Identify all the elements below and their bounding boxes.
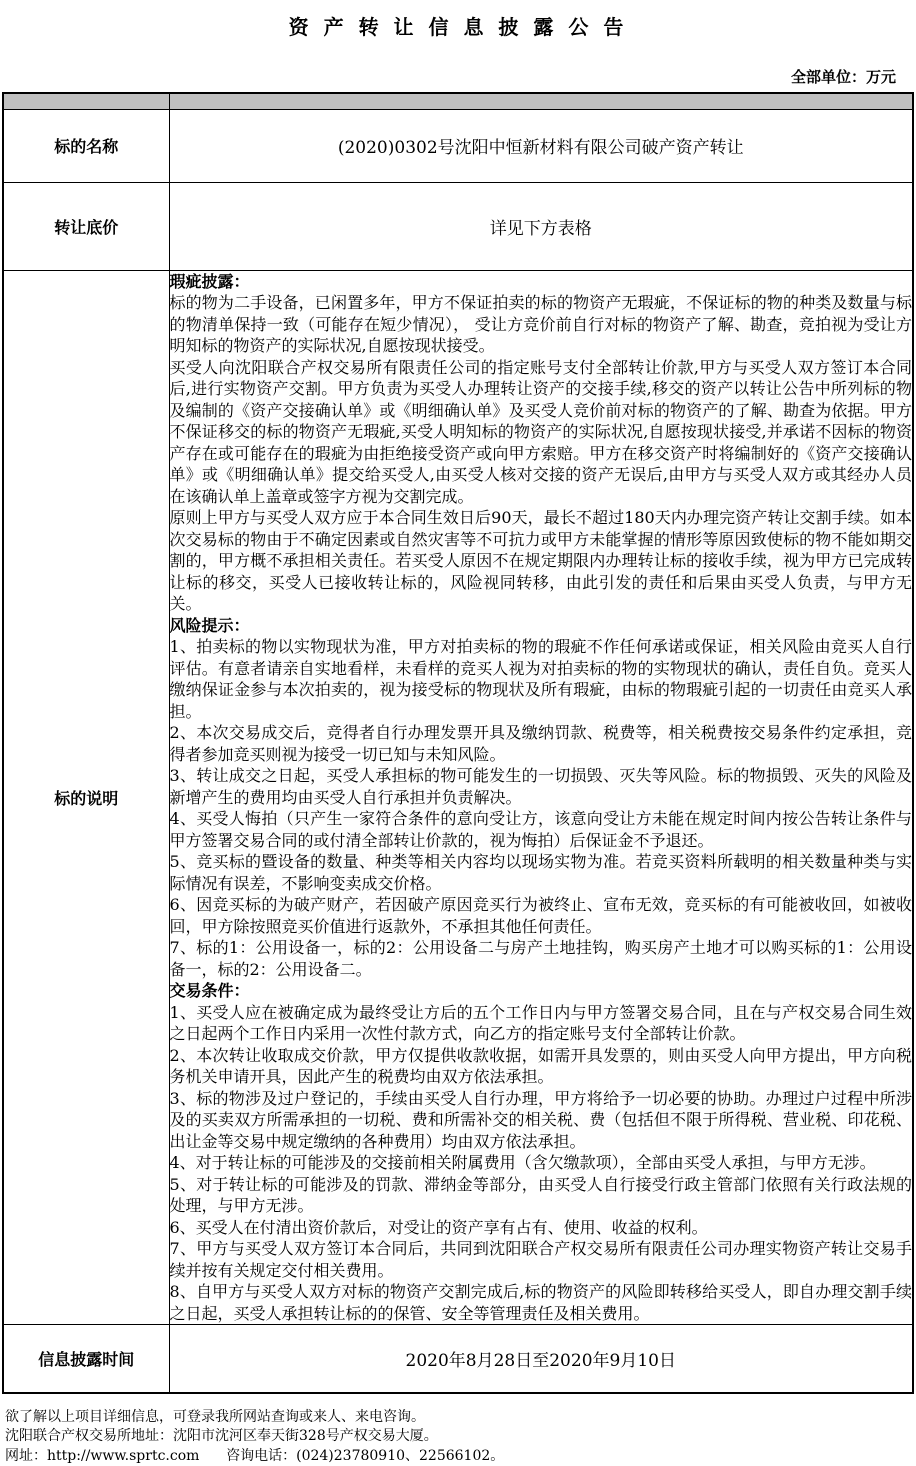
- description-section-heading: 风险提示：: [170, 615, 913, 637]
- description-paragraph: 原则上甲方与买受人双方应于本合同生效日后90天，最长不超过180天内办理完资产转…: [170, 507, 913, 615]
- description-section-heading: 交易条件：: [170, 980, 913, 1002]
- description-paragraph: 2、本次转让收取成交价款，甲方仅提供收款收据，如需开具发票的，则由买受人向甲方提…: [170, 1045, 913, 1088]
- description-section-heading: 瑕疵披露：: [170, 271, 913, 293]
- footer-line: 网址：http://www.sprtc.com 咨询电话：(024)237809…: [5, 1447, 916, 1466]
- table-header-row: [3, 93, 913, 109]
- value-transfer-base-price: 详见下方表格: [169, 182, 913, 270]
- description-blocks: 瑕疵披露：标的物为二手设备，已闲置多年，甲方不保证拍卖的标的物资产无瑕疵，不保证…: [170, 271, 913, 1325]
- description-paragraph: 2、本次交易成交后，竞得者自行办理发票开具及缴纳罚款、税费等，相关税费按交易条件…: [170, 722, 913, 765]
- page-title: 资 产 转 让 信 息 披 露 公 告: [0, 0, 916, 39]
- description-paragraph: 1、买受人应在被确定成为最终受让方后的五个工作日内与甲方签署交易合同，且在与产权…: [170, 1002, 913, 1045]
- table-row-disclosure-period: 信息披露时间 2020年8月28日至2020年9月10日: [3, 1325, 913, 1393]
- header-cell-value-column: [169, 93, 913, 109]
- label-subject-description: 标的说明: [3, 270, 169, 1325]
- value-subject-name: (2020)0302号沈阳中恒新材料有限公司破产资产转让: [169, 109, 913, 182]
- description-paragraph: 8、自甲方与买受人双方对标的物资产交割完成后,标的物资产的风险即转移给买受人，即…: [170, 1281, 913, 1324]
- label-transfer-base-price: 转让底价: [3, 182, 169, 270]
- description-paragraph: 5、对于转让标的可能涉及的罚款、滞纳金等部分，由买受人自行接受行政主管部门依照有…: [170, 1174, 913, 1217]
- document-footer: 欲了解以上项目详细信息，可登录我所网站查询或来人、来电咨询。沈阳联合产权交易所地…: [5, 1408, 916, 1466]
- footer-line: 沈阳联合产权交易所地址：沈阳市沈河区奉天街328号产权交易大厦。: [5, 1427, 916, 1447]
- description-paragraph: 3、标的物涉及过户登记的，手续由买受人自行办理，甲方将给予一切必要的协助。办理过…: [170, 1088, 913, 1153]
- label-subject-name: 标的名称: [3, 109, 169, 182]
- description-paragraph: 5、竞买标的暨设备的数量、种类等相关内容均以现场实物为准。若竞买资料所载明的相关…: [170, 851, 913, 894]
- description-paragraph: 6、买受人在付清出资价款后，对受让的资产享有占有、使用、收益的权利。: [170, 1217, 913, 1239]
- footer-line: 欲了解以上项目详细信息，可登录我所网站查询或来人、来电咨询。: [5, 1408, 916, 1428]
- description-paragraph: 1、拍卖标的物以实物现状为准，甲方对拍卖标的物的瑕疵不作任何承诺或保证，相关风险…: [170, 636, 913, 722]
- table-row-subject-description: 标的说明 瑕疵披露：标的物为二手设备，已闲置多年，甲方不保证拍卖的标的物资产无瑕…: [3, 270, 913, 1325]
- table-row-subject-name: 标的名称 (2020)0302号沈阳中恒新材料有限公司破产资产转让: [3, 109, 913, 182]
- value-disclosure-period: 2020年8月28日至2020年9月10日: [169, 1325, 913, 1393]
- document-page: 资 产 转 让 信 息 披 露 公 告 全部单位：万元 标的名称 (2020)0…: [0, 0, 916, 1466]
- header-cell-label-column: [3, 93, 169, 109]
- description-paragraph: 4、对于转让标的可能涉及的交接前相关附属费用（含欠缴款项），全部由买受人承担，与…: [170, 1152, 913, 1174]
- description-paragraph: 7、甲方与买受人双方签订本合同后，共同到沈阳联合产权交易所有限责任公司办理实物资…: [170, 1238, 913, 1281]
- unit-note: 全部单位：万元: [0, 68, 896, 86]
- description-paragraph: 标的物为二手设备，已闲置多年，甲方不保证拍卖的标的物资产无瑕疵，不保证标的物的种…: [170, 292, 913, 357]
- disclosure-table: 标的名称 (2020)0302号沈阳中恒新材料有限公司破产资产转让 转让底价 详…: [2, 92, 914, 1394]
- label-disclosure-period: 信息披露时间: [3, 1325, 169, 1393]
- subject-description-cell: 瑕疵披露：标的物为二手设备，已闲置多年，甲方不保证拍卖的标的物资产无瑕疵，不保证…: [169, 270, 913, 1325]
- description-paragraph: 7、标的1：公用设备一，标的2：公用设备二与房产土地挂钩，购买房产土地才可以购买…: [170, 937, 913, 980]
- description-paragraph: 买受人向沈阳联合产权交易所有限责任公司的指定账号支付全部转让价款,甲方与买受人双…: [170, 357, 913, 508]
- description-paragraph: 6、因竞买标的为破产财产，若因破产原因竞买行为被终止、宣布无效，竞买标的有可能被…: [170, 894, 913, 937]
- table-row-transfer-base-price: 转让底价 详见下方表格: [3, 182, 913, 270]
- description-paragraph: 3、转让成交之日起，买受人承担标的物可能发生的一切损毁、灭失等风险。标的物损毁、…: [170, 765, 913, 808]
- description-paragraph: 4、买受人悔拍（只产生一家符合条件的意向受让方，该意向受让方未能在规定时间内按公…: [170, 808, 913, 851]
